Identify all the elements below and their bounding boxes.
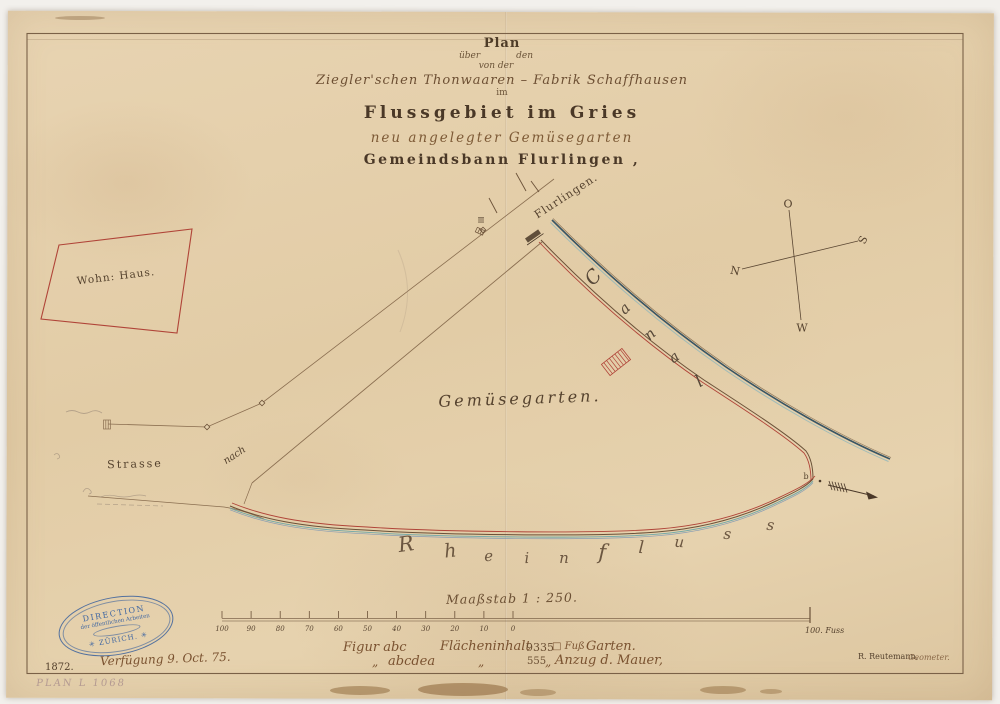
scale-tick-label: 100 bbox=[215, 625, 229, 633]
figure-row2-abcdea: abcdea bbox=[388, 655, 435, 668]
compass-o: O bbox=[783, 199, 792, 210]
title-plan: Plan bbox=[252, 36, 752, 51]
label-point-b: b bbox=[803, 473, 808, 481]
scale-tick-label: 60 bbox=[334, 625, 343, 633]
scale-tick-label: 70 bbox=[305, 625, 314, 633]
rhine-letter: f bbox=[596, 540, 610, 564]
scale-end-label: 100. Fuss bbox=[805, 627, 844, 635]
figure-row2-ditto1: „ bbox=[372, 656, 378, 668]
canal-letter: a bbox=[665, 347, 683, 367]
flow-arrow bbox=[819, 480, 878, 500]
title-factory: Ziegler'schen Thonwaaren – Fabrik Schaff… bbox=[252, 73, 752, 88]
scale-bar-ticks: 1009080706050403020100 bbox=[215, 607, 810, 633]
edge-stain bbox=[55, 16, 105, 20]
rhine-letter: i bbox=[524, 549, 530, 567]
garden-nw-edge bbox=[252, 242, 542, 483]
edge-stain bbox=[700, 686, 746, 694]
scale-tick-label: 80 bbox=[276, 625, 285, 633]
scale-caption: Maaßstab 1 : 250. bbox=[446, 592, 578, 607]
red-hatched-structure bbox=[601, 348, 630, 375]
figure-row1-value: 9335 bbox=[526, 642, 554, 653]
rhine-letter: e bbox=[484, 547, 494, 566]
edge-stain bbox=[760, 689, 782, 694]
figure-row1-flaeche: Flächeninhalt bbox=[440, 640, 531, 653]
garden-west-connector bbox=[244, 483, 252, 504]
road-lower-edge bbox=[88, 496, 264, 519]
scale-tick-label: 50 bbox=[363, 625, 372, 633]
canal-water-line bbox=[551, 223, 889, 462]
scanned-plan-sheet: 1009080706050403020100 CanalRheinfluss P… bbox=[0, 0, 1000, 704]
scale-tick-label: 10 bbox=[479, 625, 488, 633]
title-im: im bbox=[252, 88, 752, 98]
scale-tick-label: 0 bbox=[511, 625, 516, 633]
survey-marker bbox=[204, 424, 210, 430]
road-tick bbox=[489, 198, 497, 213]
figure-row1-unit: □ Fuß bbox=[552, 642, 585, 652]
figure-row2-ditto3: „ bbox=[545, 656, 551, 668]
figure-row1-figur: Figur abc bbox=[343, 641, 407, 654]
figure-row2-ditto2: „ bbox=[478, 656, 484, 668]
figure-row2-value: 555 bbox=[527, 657, 546, 667]
title-gemuesegarten: neu angelegter Gemüsegarten bbox=[252, 130, 752, 146]
canal-outer-bank bbox=[552, 220, 890, 459]
figure-row2-anzug: Anzug d. Mauer, bbox=[555, 654, 663, 667]
canal-letter: a bbox=[615, 299, 634, 318]
year-note: 1872. bbox=[45, 663, 74, 673]
canal-letter: n bbox=[640, 324, 659, 344]
compass-n: N bbox=[729, 265, 741, 278]
label-strasse: Strasse bbox=[107, 458, 163, 470]
rhine-letter: s bbox=[766, 516, 776, 535]
canal-head-structure bbox=[523, 228, 543, 245]
figure-row1-garten: Garten. bbox=[586, 640, 636, 653]
edge-stain bbox=[330, 686, 390, 695]
edge-stain bbox=[520, 689, 556, 696]
title-ueber: über bbox=[459, 51, 480, 61]
scale-tick-label: 20 bbox=[449, 625, 459, 633]
rhine-letter: R bbox=[396, 531, 416, 557]
scale-bar bbox=[222, 618, 810, 621]
surveyor-role: Geometer. bbox=[908, 654, 950, 662]
archive-number-pencil: PLAN L 1068 bbox=[35, 679, 126, 689]
rhine-letter: s bbox=[723, 525, 733, 544]
title-von-der: von der bbox=[246, 61, 746, 71]
rhine-letter: u bbox=[674, 533, 685, 552]
scale-tick-label: 40 bbox=[391, 625, 401, 633]
road-tick bbox=[516, 173, 526, 191]
scale-tick-label: 30 bbox=[421, 625, 430, 633]
title-gemeindsbann: Gemeindsbann Flurlingen , bbox=[252, 152, 752, 168]
label-marker-iii: Ⅲ bbox=[478, 218, 485, 225]
boundary-marker bbox=[104, 420, 111, 429]
title-flussgebiet: Flussgebiet im Gries bbox=[252, 103, 752, 123]
rhine-letter: h bbox=[443, 539, 457, 562]
canal-letter: l bbox=[692, 372, 707, 392]
compass-rose bbox=[742, 210, 858, 320]
compass-w: W bbox=[796, 323, 807, 334]
scale-tick-label: 90 bbox=[247, 625, 256, 633]
edge-stain bbox=[418, 683, 508, 696]
rhine-letter: n bbox=[559, 549, 569, 567]
title-den: den bbox=[516, 51, 533, 61]
road-tick bbox=[531, 181, 539, 192]
title-block: Plan über den von der Ziegler'schen Thon… bbox=[252, 36, 752, 168]
rhine-letter: l bbox=[638, 538, 644, 558]
canal-outer-brown bbox=[553, 219, 891, 458]
